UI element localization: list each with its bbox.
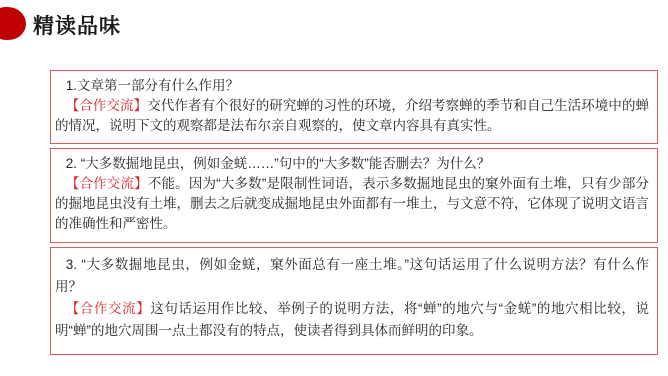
- question-box-2: 2. “大多数掘地昆虫，例如金蜣……”句中的“大多数”能否删去？为什么？ 【合作…: [50, 148, 658, 243]
- accent-circle-icon: [0, 7, 26, 40]
- question-text-2: 2. “大多数掘地昆虫，例如金蜣……”句中的“大多数”能否删去？为什么？: [55, 154, 649, 174]
- title-bar: 精读品味: [0, 0, 668, 56]
- answer-paragraph-3: 【合作交流】这句话运用作比较、举例子的说明方法，将“蝉”的地穴与“金蜣”的地穴相…: [55, 298, 649, 342]
- answer-label-1: 【合作交流】: [66, 98, 147, 113]
- question-box-3: 3. “大多数掘地昆虫，例如金蜣，窠外面总有一座土堆。”这句话运用了什么说明方法…: [50, 247, 658, 355]
- question-text-3: 3. “大多数掘地昆虫，例如金蜣，窠外面总有一座土堆。”这句话运用了什么说明方法…: [55, 254, 649, 298]
- answer-label-2: 【合作交流】: [66, 176, 148, 191]
- question-text-1: 1.文章第一部分有什么作用？: [55, 76, 649, 96]
- answer-paragraph-1: 【合作交流】交代作者有个很好的研究蝉的习性的环境，介绍考察蝉的季节和自己生活环境…: [55, 96, 649, 136]
- question-box-1: 1.文章第一部分有什么作用？ 【合作交流】交代作者有个很好的研究蝉的习性的环境，…: [50, 70, 658, 144]
- answer-label-3: 【合作交流】: [66, 301, 151, 316]
- answer-paragraph-2: 【合作交流】不能。因为“大多数”是限制性词语，表示多数掘地昆虫的窠外面有土堆，只…: [55, 174, 649, 234]
- page-title: 精读品味: [33, 10, 121, 40]
